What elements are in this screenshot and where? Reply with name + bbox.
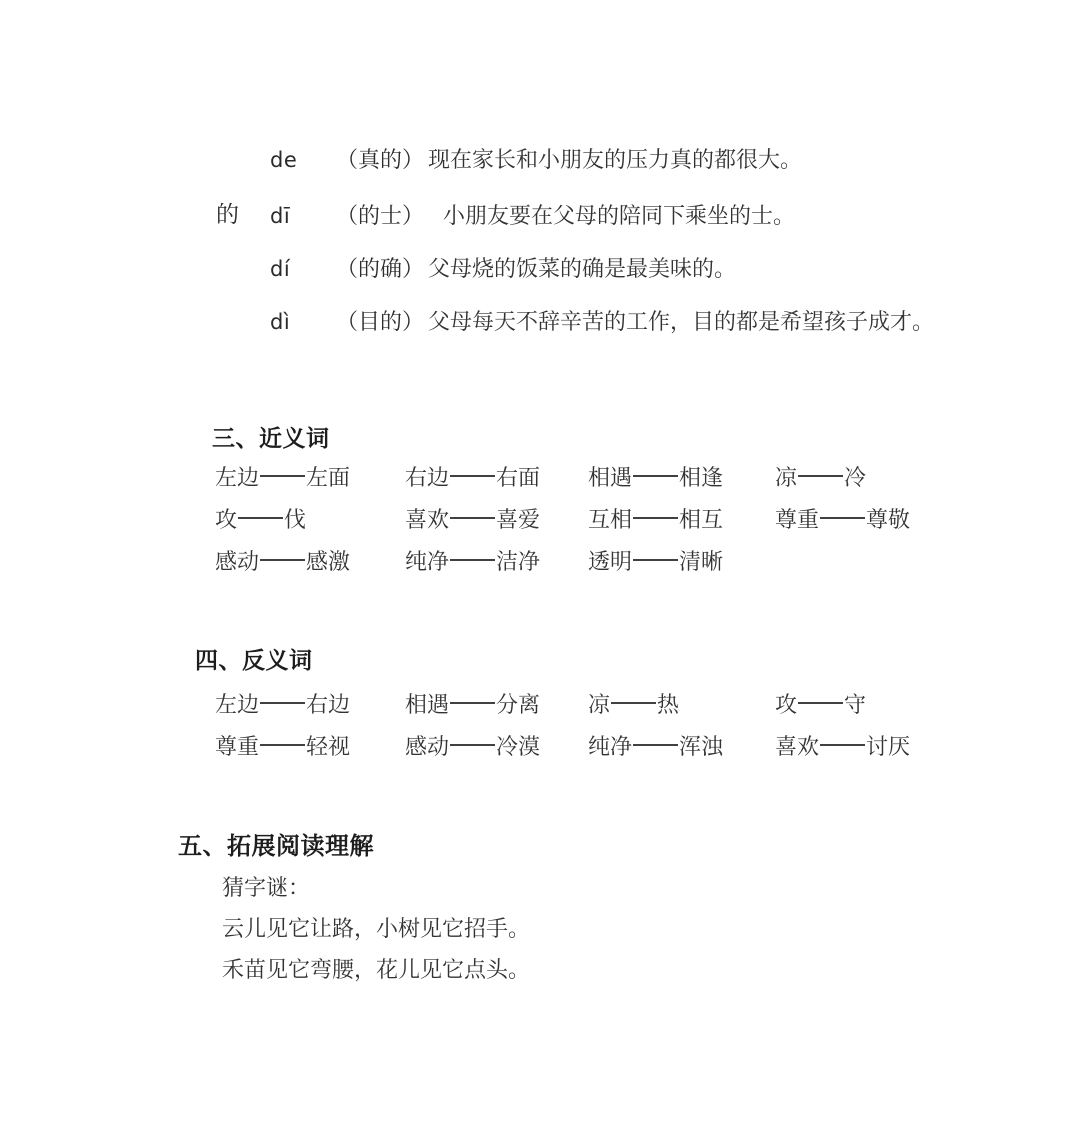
section-heading-reading: 五、拓展阅读理解 xyxy=(178,833,374,858)
word-left: 攻 xyxy=(775,693,797,718)
word-pair: 尊重轻视 xyxy=(215,736,405,759)
dash-connector xyxy=(260,744,305,746)
word-right: 热 xyxy=(657,693,679,718)
dash-connector xyxy=(611,702,656,704)
word-pair: 互相相互 xyxy=(588,509,775,532)
word-pair: 纯净浑浊 xyxy=(588,736,775,759)
word-pair: 感动感激 xyxy=(215,551,405,574)
word-right: 轻视 xyxy=(306,735,350,760)
word-pair: 攻守 xyxy=(775,694,910,717)
word-pair: 凉冷 xyxy=(775,467,910,490)
word-right: 冷漠 xyxy=(496,735,540,760)
word-left: 左边 xyxy=(215,693,259,718)
synonyms-row: 感动感激 纯净洁净 透明清晰 xyxy=(215,551,910,574)
worksheet-page: 的 de （真的） 现在家长和小朋友的压力真的都很大。 dī （的士） 小朋友要… xyxy=(0,0,1080,1125)
word-right: 清晰 xyxy=(679,550,723,575)
pinyin-label: dì xyxy=(270,310,336,334)
word-right: 浑浊 xyxy=(679,735,723,760)
word-pair: 尊重尊敬 xyxy=(775,509,910,532)
word-left: 凉 xyxy=(588,693,610,718)
word-left: 凉 xyxy=(775,466,797,491)
dash-connector xyxy=(260,702,305,704)
polyphone-base-character: 的 xyxy=(216,203,239,227)
word-left: 纯净 xyxy=(405,550,449,575)
synonyms-row: 攻伐 喜欢喜爱 互相相互 尊重尊敬 xyxy=(215,509,910,532)
word-right: 相互 xyxy=(679,508,723,533)
word-right: 冷 xyxy=(844,466,866,491)
polyphone-row-di2: dí （的确） 父母烧的饭菜的确是最美味的。 xyxy=(270,257,736,282)
word-pair: 右边右面 xyxy=(405,467,588,490)
word-pair-empty xyxy=(775,551,910,574)
dash-connector xyxy=(450,702,495,704)
word-right: 右面 xyxy=(496,466,540,491)
word-left: 尊重 xyxy=(775,508,819,533)
word-pair: 喜欢讨厌 xyxy=(775,736,910,759)
dash-connector xyxy=(633,475,678,477)
word-right: 喜爱 xyxy=(496,508,540,533)
synonyms-grid: 左边左面 右边右面 相遇相逢 凉冷 攻伐 喜欢喜爱 互相相互 尊重尊敬 感动感激… xyxy=(215,467,910,593)
word-left: 右边 xyxy=(405,466,449,491)
dash-connector xyxy=(633,559,678,561)
word-left: 感动 xyxy=(215,550,259,575)
dash-connector xyxy=(798,475,843,477)
dash-connector xyxy=(820,517,865,519)
dash-connector xyxy=(798,702,843,704)
dash-connector xyxy=(260,475,305,477)
word-left: 尊重 xyxy=(215,735,259,760)
word-pair: 相遇相逢 xyxy=(588,467,775,490)
word-left: 相遇 xyxy=(405,693,449,718)
word-right: 左面 xyxy=(306,466,350,491)
word-right: 讨厌 xyxy=(866,735,910,760)
polyphone-row-de: de （真的） 现在家长和小朋友的压力真的都很大。 xyxy=(270,148,802,173)
antonyms-row: 尊重轻视 感动冷漠 纯净浑浊 喜欢讨厌 xyxy=(215,736,910,759)
word-left: 透明 xyxy=(588,550,632,575)
pinyin-label: dí xyxy=(270,257,336,281)
dash-connector xyxy=(633,744,678,746)
dash-connector xyxy=(238,517,283,519)
word-left: 感动 xyxy=(405,735,449,760)
word-right: 分离 xyxy=(496,693,540,718)
word-right: 伐 xyxy=(284,508,306,533)
word-right: 洁净 xyxy=(496,550,540,575)
dash-connector xyxy=(450,559,495,561)
word-left: 喜欢 xyxy=(405,508,449,533)
dash-connector xyxy=(260,559,305,561)
dash-connector xyxy=(450,475,495,477)
word-pair: 凉热 xyxy=(588,694,775,717)
word-right: 相逢 xyxy=(679,466,723,491)
word-right: 尊敬 xyxy=(866,508,910,533)
word-pair: 纯净洁净 xyxy=(405,551,588,574)
riddle-subtitle: 猜字谜： xyxy=(222,877,530,900)
word-left: 相遇 xyxy=(588,466,632,491)
example-sentence: 现在家长和小朋友的压力真的都很大。 xyxy=(428,149,802,173)
word-pair: 攻伐 xyxy=(215,509,405,532)
riddle-block: 猜字谜： 云儿见它让路，小树见它招手。 禾苗见它弯腰，花儿见它点头。 xyxy=(222,877,530,1000)
antonyms-grid: 左边右边 相遇分离 凉热 攻守 尊重轻视 感动冷漠 纯净浑浊 喜欢讨厌 xyxy=(215,694,910,778)
dash-connector xyxy=(450,744,495,746)
section-heading-synonyms: 三、近义词 xyxy=(212,426,330,451)
polyphone-row-di4: dì （目的） 父母每天不辞辛苦的工作，目的都是希望孩子成才。 xyxy=(270,310,934,335)
word-pair: 左边左面 xyxy=(215,467,405,490)
word-pair: 喜欢喜爱 xyxy=(405,509,588,532)
section-heading-antonyms: 四、反义词 xyxy=(195,648,313,673)
synonyms-row: 左边左面 右边右面 相遇相逢 凉冷 xyxy=(215,467,910,490)
word-left: 互相 xyxy=(588,508,632,533)
word-pair: 透明清晰 xyxy=(588,551,775,574)
example-sentence: 小朋友要在父母的陪同下乘坐的士。 xyxy=(443,205,795,229)
pinyin-label: dī xyxy=(270,204,336,228)
example-sentence: 父母每天不辞辛苦的工作，目的都是希望孩子成才。 xyxy=(428,311,934,335)
riddle-line: 云儿见它让路，小树见它招手。 xyxy=(222,918,530,941)
word-pair: 感动冷漠 xyxy=(405,736,588,759)
dash-connector xyxy=(820,744,865,746)
word-left: 攻 xyxy=(215,508,237,533)
riddle-line: 禾苗见它弯腰，花儿见它点头。 xyxy=(222,959,530,982)
pinyin-label: de xyxy=(270,148,336,172)
dash-connector xyxy=(450,517,495,519)
word-left: 左边 xyxy=(215,466,259,491)
example-sentence: 父母烧的饭菜的确是最美味的。 xyxy=(428,258,736,282)
word-pair: 相遇分离 xyxy=(405,694,588,717)
example-word: （的确） xyxy=(336,258,428,282)
word-left: 纯净 xyxy=(588,735,632,760)
polyphone-row-di1: dī （的士） 小朋友要在父母的陪同下乘坐的士。 xyxy=(270,204,795,229)
word-right: 守 xyxy=(844,693,866,718)
dash-connector xyxy=(633,517,678,519)
word-right: 右边 xyxy=(306,693,350,718)
example-word: （目的） xyxy=(336,311,428,335)
word-right: 感激 xyxy=(306,550,350,575)
example-word: （的士） xyxy=(336,205,428,229)
word-left: 喜欢 xyxy=(775,735,819,760)
antonyms-row: 左边右边 相遇分离 凉热 攻守 xyxy=(215,694,910,717)
example-word: （真的） xyxy=(336,149,428,173)
word-pair: 左边右边 xyxy=(215,694,405,717)
